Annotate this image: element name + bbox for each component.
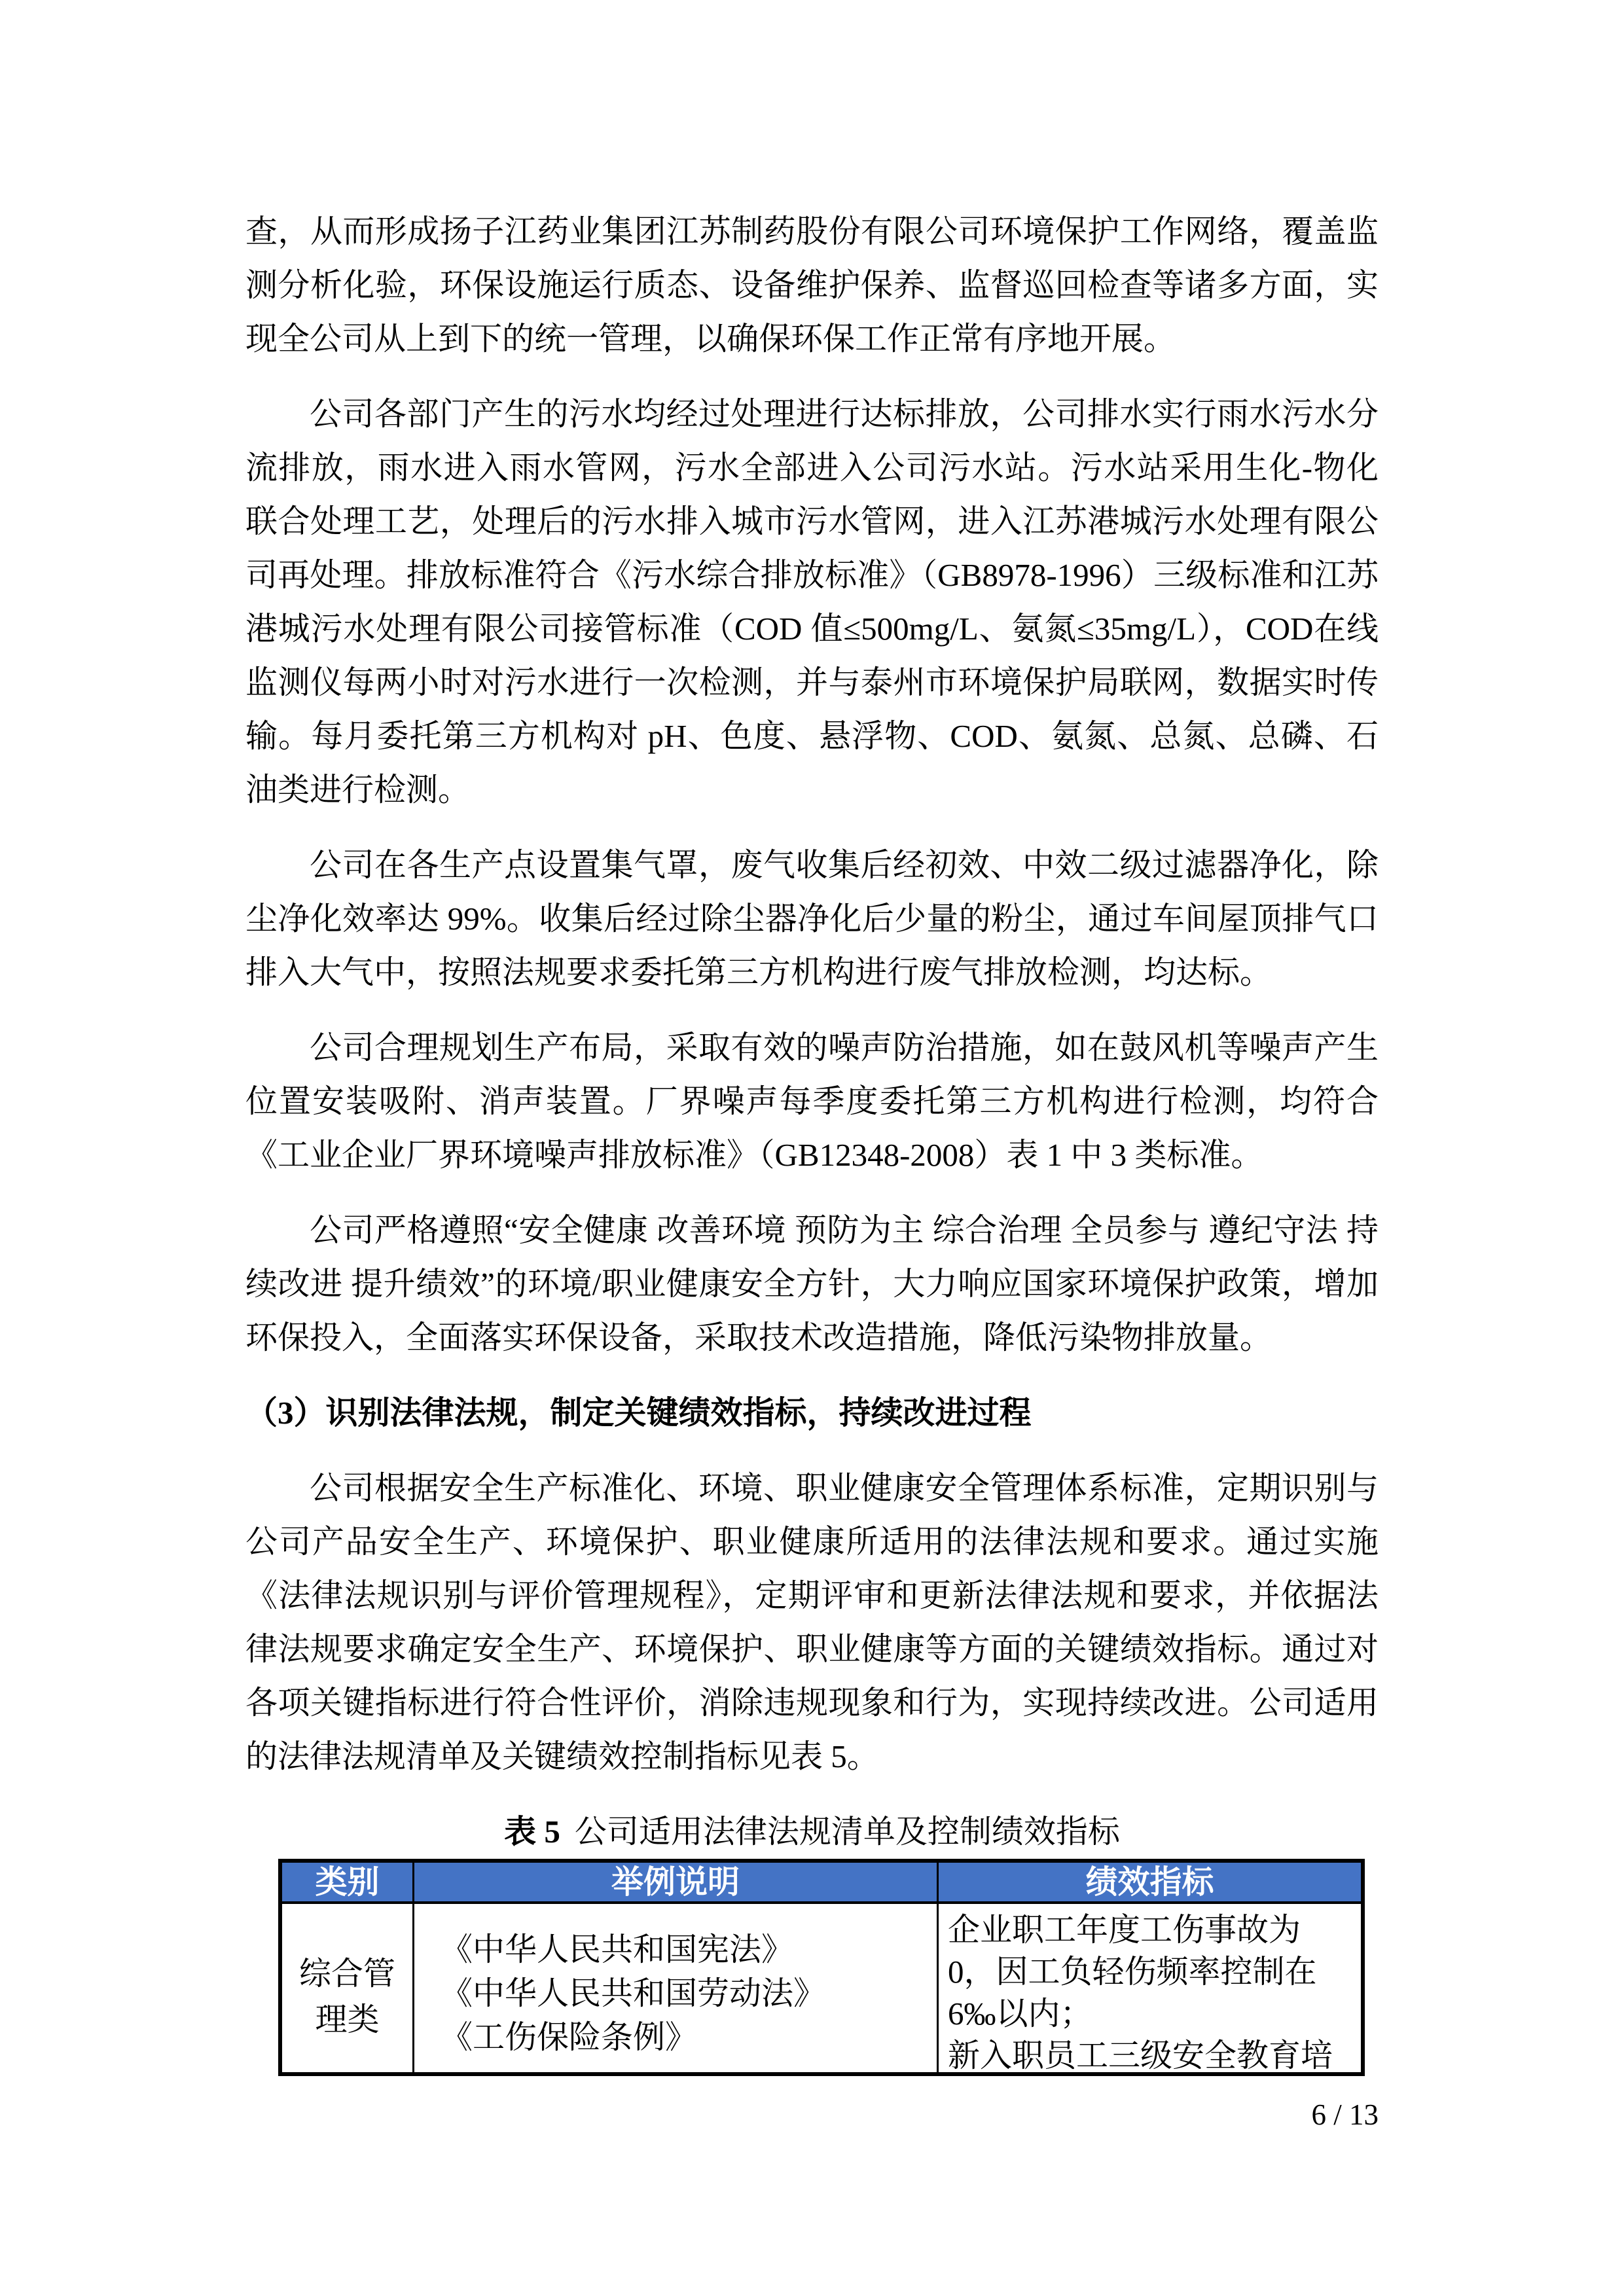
paragraph-exhaust-gas: 公司在各生产点设置集气罩，废气收集后经初效、中效二级过滤器净化，除尘净化效率达 …	[245, 838, 1379, 999]
table-header-category: 类别	[282, 1863, 414, 1901]
examples-cell: 《中华人民共和国宪法》 《中华人民共和国劳动法》 《工伤保险条例》	[414, 1904, 939, 2072]
paragraph-continuation: 查，从而形成扬子江药业集团江苏制药股份有限公司环境保护工作网络，覆盖监测分析化验…	[245, 205, 1379, 366]
kpi-cell: 企业职工年度工伤事故为 0，因工负轻伤频率控制在 6‰以内； 新入职员工三级安全…	[939, 1904, 1361, 2072]
table-caption-title: 公司适用法律法规清单及控制绩效指标	[575, 1814, 1120, 1850]
example-law: 《中华人民共和国劳动法》	[441, 1971, 917, 2015]
table-header-examples: 举例说明	[414, 1863, 939, 1901]
kpi-line: 企业职工年度工伤事故为	[948, 1909, 1356, 1951]
section-heading: （3）识别法律法规，制定关键绩效指标，持续改进过程	[245, 1386, 1379, 1440]
page-content: 查，从而形成扬子江药业集团江苏制药股份有限公司环境保护工作网络，覆盖监测分析化验…	[245, 205, 1379, 2076]
table-header-kpi: 绩效指标	[939, 1863, 1361, 1901]
example-law: 《中华人民共和国宪法》	[441, 1928, 917, 1971]
kpi-line: 6‰以内；	[948, 1993, 1356, 2035]
paragraph-policy: 公司严格遵照“安全健康 改善环境 预防为主 综合治理 全员参与 遵纪守法 持续改…	[245, 1204, 1379, 1365]
table-caption: 表 5公司适用法律法规清单及控制绩效指标	[245, 1805, 1379, 1859]
table-header-row: 类别 举例说明 绩效指标	[282, 1863, 1361, 1904]
category-cell: 综合管理类	[282, 1904, 414, 2072]
kpi-line: 新入职员工三级安全教育培	[948, 2035, 1356, 2072]
example-law: 《工伤保险条例》	[441, 2015, 917, 2059]
table-caption-label: 表 5	[504, 1814, 560, 1850]
table-row: 综合管理类 《中华人民共和国宪法》 《中华人民共和国劳动法》 《工伤保险条例》 …	[282, 1904, 1361, 2072]
paragraph-noise: 公司合理规划生产布局，采取有效的噪声防治措施，如在鼓风机等噪声产生位置安装吸附、…	[245, 1021, 1379, 1182]
paragraph-wastewater: 公司各部门产生的污水均经过处理进行达标排放，公司排水实行雨水污水分流排放，雨水进…	[245, 387, 1379, 817]
kpi-line: 0，因工负轻伤频率控制在	[948, 1951, 1356, 1993]
document-page: 查，从而形成扬子江药业集团江苏制药股份有限公司环境保护工作网络，覆盖监测分析化验…	[0, 0, 1624, 2296]
page-number: 6 / 13	[1311, 2098, 1379, 2131]
paragraph-regulations: 公司根据安全生产标准化、环境、职业健康安全管理体系标准，定期识别与公司产品安全生…	[245, 1462, 1379, 1784]
regulations-table: 类别 举例说明 绩效指标 综合管理类 《中华人民共和国宪法》 《中华人民共和国劳…	[278, 1859, 1365, 2076]
